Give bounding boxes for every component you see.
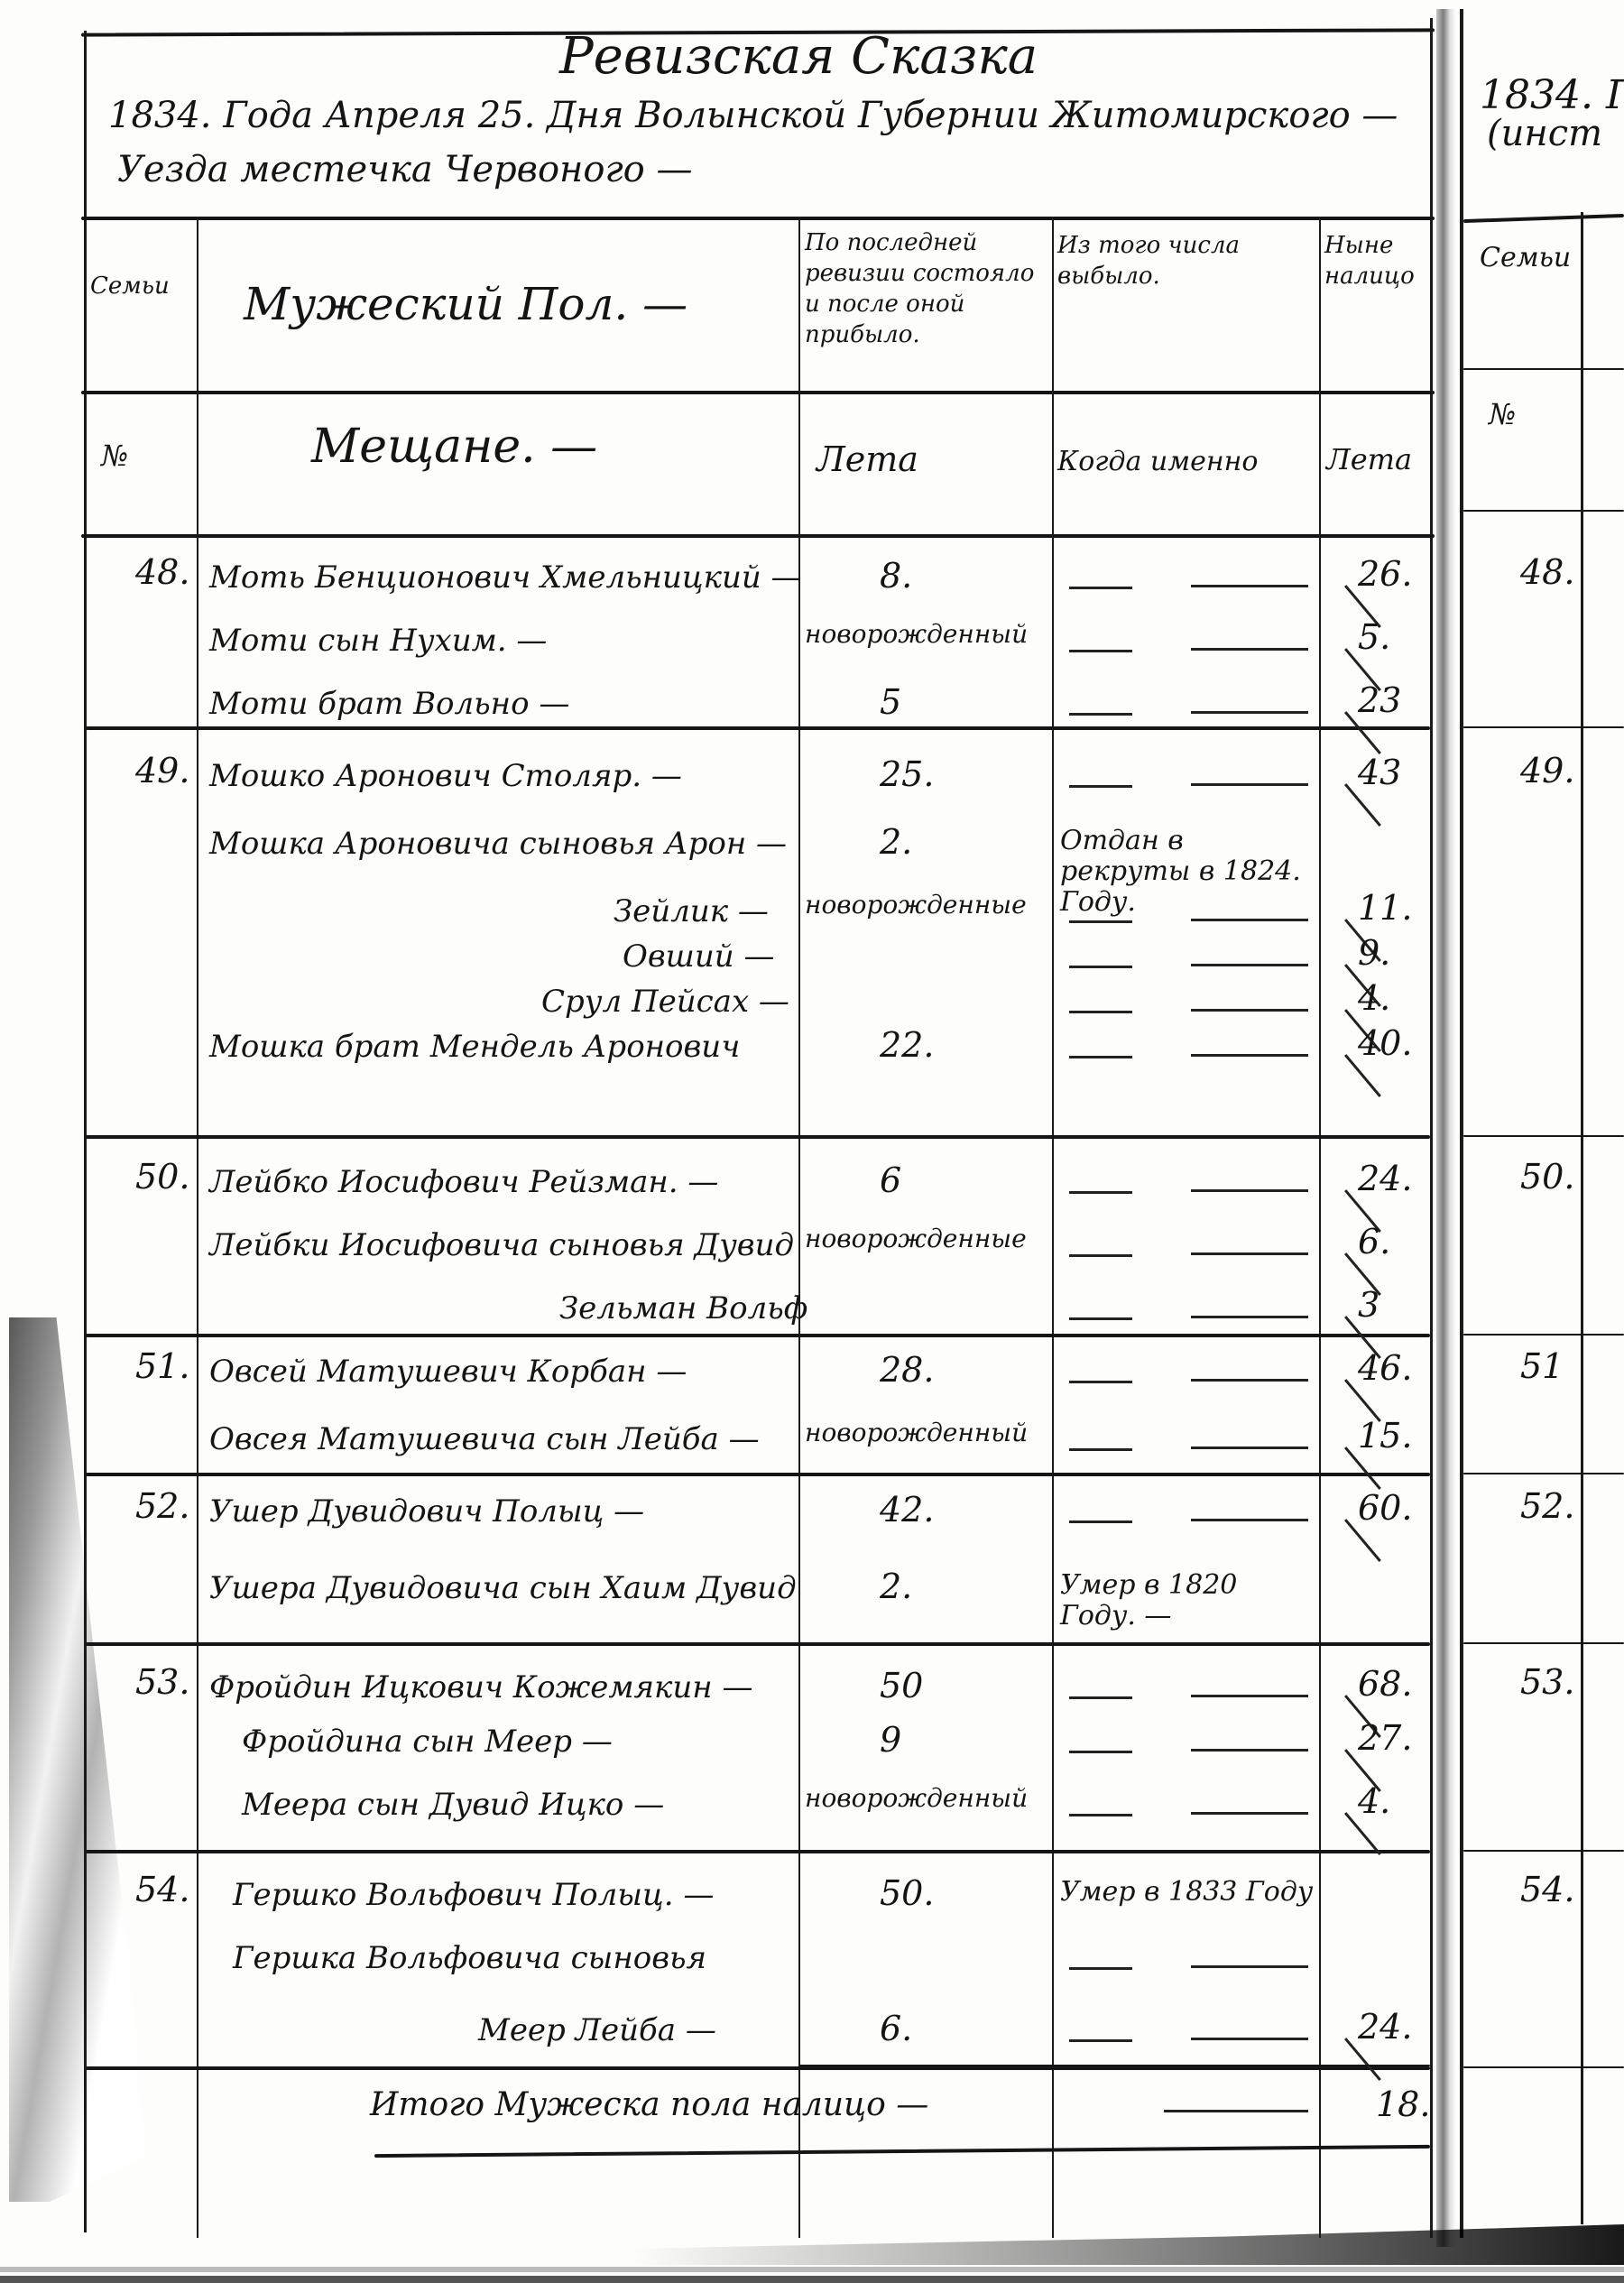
right-page-family-number: 51 (1520, 1346, 1564, 1386)
member-age-last-revision: 2. (880, 822, 912, 862)
family-number: 49. (135, 751, 189, 790)
ditto-dash (1069, 1317, 1132, 1320)
member-name: Зельман Вольф (559, 1290, 807, 1326)
total-top-rule (798, 2065, 1430, 2066)
member-name: Моти сын Нухим. — (209, 623, 547, 659)
member-age-now: 26. (1358, 554, 1412, 594)
member-name: Меера сын Дувид Ицко — (242, 1787, 664, 1823)
right-page-family-divider (1463, 1473, 1624, 1474)
right-page-family-divider (1463, 2066, 1624, 2068)
header-removed: Из того числа выбыло. (1057, 230, 1315, 291)
member-age-last-revision: 25. (880, 754, 934, 794)
member-age-last-revision: новорожденные (805, 890, 1027, 920)
ditto-dash (1069, 1011, 1132, 1013)
member-name: Ушера Дувидовича сын Хаим Дувид (209, 1570, 797, 1606)
document-title: Ревизская Сказка (559, 27, 1038, 86)
ditto-dash (1069, 920, 1132, 923)
right-page-family-number: 48. (1520, 552, 1574, 592)
right-page-family-divider (1463, 1850, 1624, 1852)
right-border (1430, 18, 1433, 2238)
ditto-dash (1191, 711, 1308, 714)
family-divider (86, 1850, 1430, 1853)
header-last-revision: По последней ревизии состояло и после он… (805, 227, 1048, 350)
family-divider (86, 726, 1430, 730)
member-name: Гершка Вольфовича сыновья (233, 1940, 706, 1976)
right-page-header-family: Семьи (1480, 242, 1571, 273)
member-age-now: 24. (1358, 2007, 1412, 2047)
member-age-last-revision: 5 (880, 682, 901, 722)
member-name: Моти брат Вольно — (209, 686, 569, 722)
family-number: 54. (135, 1870, 189, 1909)
member-age-last-revision: 9 (880, 1720, 901, 1760)
right-page-family-divider (1463, 1135, 1624, 1137)
member-age-last-revision: 28. (880, 1350, 934, 1390)
member-name: Мошка брат Мендель Аронович (209, 1029, 740, 1065)
header-family-no: Семьи (90, 271, 170, 301)
member-age-last-revision: новорожденный (805, 1418, 1028, 1447)
header-no: № (101, 440, 128, 471)
member-name: Фройдин Ицкович Кожемякин — (209, 1669, 752, 1705)
ditto-dash (1069, 650, 1132, 652)
member-name: Моть Бенционович Хмельницкий — (209, 559, 802, 596)
member-age-last-revision: 8. (880, 556, 912, 596)
ditto-dash (1191, 1189, 1308, 1192)
ditto-dash (1191, 1695, 1308, 1697)
ditto-dash (1069, 1448, 1132, 1451)
col-divider-4 (1319, 217, 1321, 2238)
member-age-now: 4. (1358, 1781, 1390, 1821)
header-male-sex: Мужеский Пол. — (244, 289, 687, 319)
member-age-now: 15. (1358, 1416, 1412, 1456)
col-divider-1 (197, 217, 198, 2238)
member-age-last-revision: 6 (880, 1160, 901, 1200)
right-page-family-number: 54. (1520, 1870, 1574, 1909)
member-age-now: 6. (1358, 1222, 1390, 1262)
family-divider (86, 1642, 1430, 1646)
right-page-rule-1 (1463, 214, 1624, 223)
ditto-dash (1069, 1814, 1132, 1816)
member-age-last-revision: новорожденные (805, 1224, 1027, 1253)
member-name: Лейбко Иосифович Рейзман. — (209, 1164, 718, 1200)
header-top-rule (81, 217, 1435, 220)
right-page-rule-3 (1463, 510, 1624, 512)
ditto-dash (1069, 713, 1132, 716)
member-age-now: 3 (1358, 1285, 1379, 1325)
col-divider-2 (798, 217, 800, 2238)
ditto-dash (1191, 1252, 1308, 1255)
header-age-now: Лета (1326, 444, 1412, 475)
member-name: Фройдина сын Меер — (242, 1724, 613, 1760)
ditto-dash (1069, 1967, 1132, 1970)
member-age-last-revision: 42. (880, 1490, 934, 1530)
right-page-rule-2 (1463, 368, 1624, 370)
ditto-dash (1191, 1519, 1308, 1521)
member-age-last-revision: 6. (880, 2009, 912, 2048)
member-age-last-revision: 2. (880, 1567, 912, 1606)
member-name: Овсея Матушевича сын Лейба — (209, 1421, 760, 1457)
ditto-dash (1069, 587, 1132, 589)
family-number: 50. (135, 1157, 189, 1197)
member-removed-note: Отдан в рекруты в 1824. Году. (1060, 826, 1317, 918)
family-divider (86, 1473, 1430, 1476)
ditto-dash (1191, 1965, 1308, 1968)
member-name: Гершко Вольфович Полыц. — (233, 1877, 714, 1913)
total-label: Итого Мужеска пола налицо — (370, 2086, 928, 2123)
member-name: Мошко Аронович Столяр. — (209, 758, 682, 794)
ditto-dash (1069, 1696, 1132, 1699)
ditto-dash (1069, 785, 1132, 788)
right-page-family-number: 50. (1520, 1157, 1574, 1197)
binding-fold (1436, 9, 1456, 2247)
family-divider (86, 2066, 1430, 2070)
member-age-last-revision: новорожденный (805, 1783, 1028, 1813)
header-mid-rule (81, 391, 1435, 394)
family-number: 52. (135, 1486, 189, 1526)
header-estate: Мещане. — (311, 431, 597, 462)
ditto-dash (1191, 1379, 1308, 1382)
ditto-dash (1191, 1009, 1308, 1012)
header-age: Лета (817, 444, 918, 475)
ditto-dash (1191, 1316, 1308, 1318)
right-page-heading-line2: (инст (1487, 113, 1602, 154)
left-border (84, 31, 87, 2232)
right-page-col-divider (1581, 212, 1583, 2224)
right-page-family-number: 49. (1520, 751, 1574, 790)
right-page-family-divider (1463, 1642, 1624, 1644)
member-age-last-revision: 22. (880, 1025, 934, 1065)
member-age-last-revision: 50. (880, 1873, 934, 1913)
page-bottom-shadow (632, 2224, 1624, 2265)
right-page-family-number: 52. (1520, 1486, 1574, 1526)
header-when: Когда именно (1057, 447, 1258, 477)
ditto-dash (1069, 1520, 1132, 1523)
ditto-dash (1069, 1381, 1132, 1383)
member-name: Ушер Дувидович Полыц — (209, 1493, 644, 1530)
family-divider (86, 1334, 1430, 1337)
ditto-dash (1191, 783, 1308, 786)
family-divider (86, 1135, 1430, 1139)
member-age-now: 24. (1358, 1159, 1412, 1198)
total-value: 18. (1376, 2084, 1430, 2124)
member-name: Овший — (623, 938, 774, 975)
header-bottom-rule (81, 534, 1435, 538)
ditto-dash (1069, 1751, 1132, 1753)
member-removed-note: Умер в 1833 Году (1060, 1877, 1317, 1908)
family-number: 51. (135, 1346, 189, 1386)
ditto-dash (1069, 1254, 1132, 1257)
ditto-dash (1191, 1749, 1308, 1752)
member-name: Меер Лейба — (478, 2012, 716, 2048)
member-age-last-revision: 50 (880, 1666, 923, 1705)
document-heading-line2: Уезда местечка Червоного — (117, 149, 692, 190)
ditto-dash (1069, 2039, 1132, 2042)
ditto-dash (1191, 1812, 1308, 1815)
member-name: Зейлик — (614, 893, 769, 929)
member-age-now: 23 (1358, 680, 1401, 720)
member-name: Мошка Ароновича сыновья Арон — (209, 826, 787, 862)
ditto-dash (1069, 1191, 1132, 1194)
col-divider-3 (1052, 217, 1054, 2238)
torn-page-edge (0, 1317, 153, 2220)
ditto-dash (1069, 966, 1132, 968)
member-age-now: 5. (1358, 617, 1390, 657)
member-age-now: 9. (1358, 933, 1390, 973)
total-dash (1164, 2110, 1308, 2112)
binding-rule (1460, 9, 1463, 2238)
family-number: 48. (135, 552, 189, 592)
member-name: Лейбки Иосифовича сыновья Дувид (209, 1227, 794, 1263)
right-page-family-number: 53. (1520, 1662, 1574, 1702)
ditto-dash (1191, 1447, 1308, 1449)
member-age-now: 27. (1358, 1718, 1412, 1758)
member-age-now: 40. (1358, 1023, 1412, 1063)
scanner-edge-dark (0, 2276, 1624, 2283)
family-number: 53. (135, 1662, 189, 1702)
right-page-family-divider (1463, 1334, 1624, 1336)
member-age-now: 46. (1358, 1348, 1412, 1388)
member-name: Овсей Матушевич Корбан — (209, 1354, 687, 1390)
ditto-dash (1069, 1056, 1132, 1058)
member-age-now: 68. (1358, 1664, 1412, 1704)
header-now: Ныне налицо (1324, 230, 1424, 291)
member-age-now: 11. (1358, 888, 1412, 928)
scanner-edge (0, 2267, 1624, 2272)
ditto-dash (1191, 1054, 1308, 1057)
member-age-last-revision: новорожденный (805, 619, 1028, 649)
ditto-dash (1191, 585, 1308, 587)
ledger-page: Ревизская Сказка 1834. Года Апреля 25. Д… (0, 0, 1624, 2283)
member-name: Срул Пейсах — (541, 984, 789, 1020)
document-heading-line1: 1834. Года Апреля 25. Дня Волынской Губе… (108, 95, 1398, 136)
right-page-family-divider (1463, 726, 1624, 728)
ditto-dash (1191, 648, 1308, 651)
ditto-dash (1191, 964, 1308, 966)
total-bottom-rule (374, 2145, 1430, 2158)
ditto-dash (1191, 2038, 1308, 2040)
right-page-header-no: № (1489, 397, 1516, 431)
ditto-dash (1191, 919, 1308, 921)
right-page-heading-line1: 1834. Г (1480, 72, 1624, 118)
member-age-now: 43 (1358, 753, 1401, 792)
member-removed-note: Умер в 1820 Году. — (1060, 1570, 1317, 1631)
member-age-now: 60. (1358, 1488, 1412, 1528)
member-age-now: 4. (1358, 978, 1390, 1018)
